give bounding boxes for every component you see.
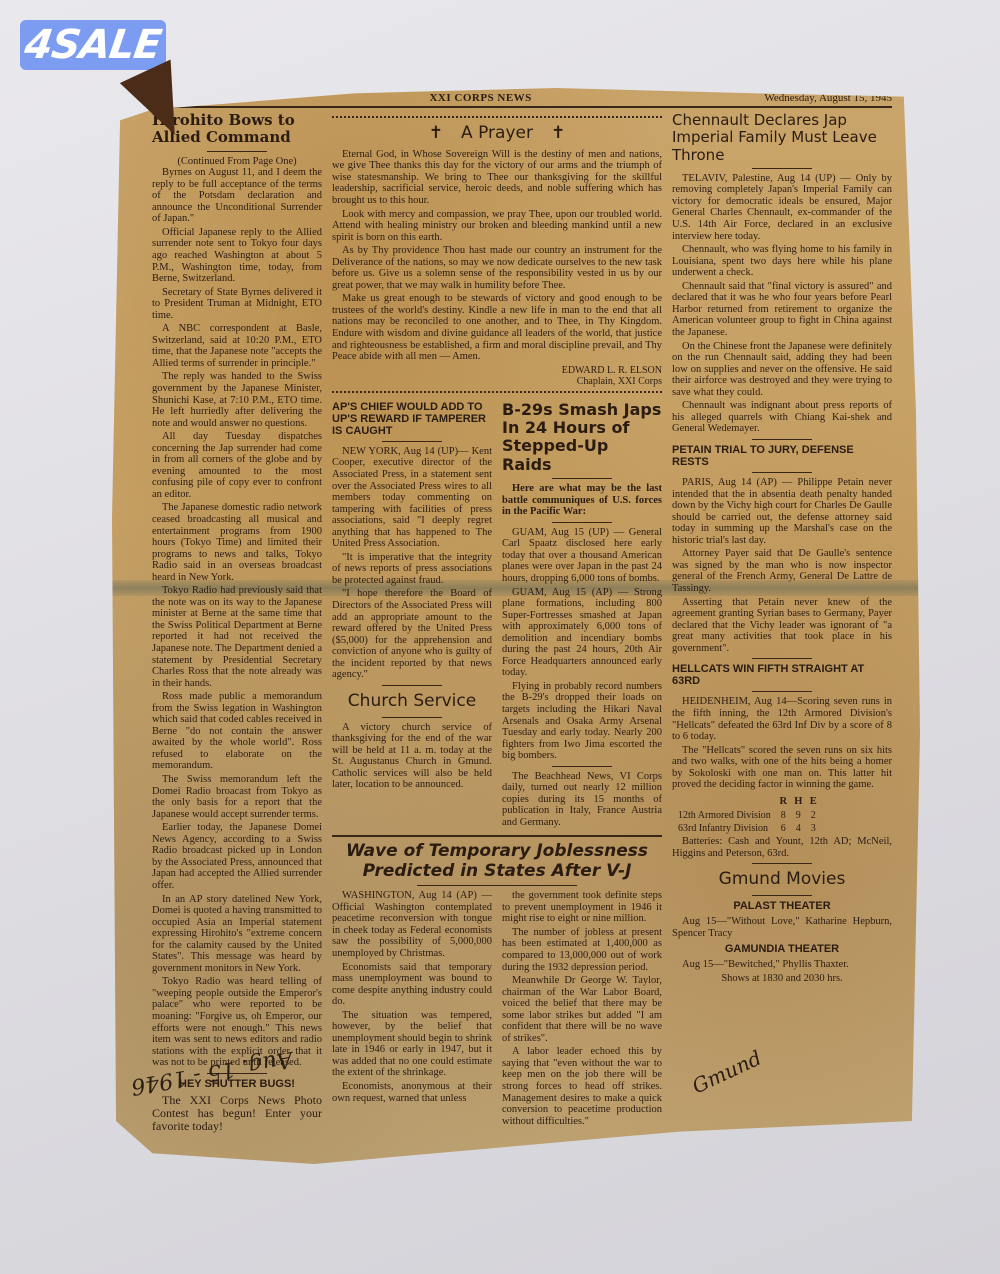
paragraph: Byrnes on August 11, and I deem the repl… [152, 167, 322, 225]
showtimes: Shows at 1830 and 2030 hrs. [672, 973, 892, 985]
column-hirohito: Hirohito Bows to Allied Command (Continu… [152, 112, 322, 1135]
paragraph: The Swiss memorandum left the Domei Radi… [152, 774, 322, 820]
divider [752, 439, 812, 440]
headline-movies: Gmund Movies [672, 870, 892, 889]
paragraph: Secretary of State Byrnes delivered it t… [152, 287, 322, 322]
paragraph: Meanwhile Dr George W. Taylor, chairman … [502, 975, 662, 1044]
batteries: Batteries: Cash and Yount, 12th AD; McNe… [672, 836, 892, 859]
paragraph: Asserting that Petain never knew of the … [672, 597, 892, 655]
headline-ap-chief: AP's CHIEF WOULD ADD TO UP's REWARD IF T… [332, 401, 492, 437]
article-body-chennault: TELAVIV, Palestine, Aug 14 (UP) — Only b… [672, 173, 892, 435]
divider [552, 766, 612, 767]
headline-church-service: Church Service [332, 692, 492, 711]
paragraph: Economists said that temporary mass unem… [332, 962, 492, 1008]
shutter-bugs-text: The XXI Corps News Photo Contest has beg… [152, 1094, 322, 1134]
paragraph: A NBC correspondent at Basle, Switzerlan… [152, 323, 322, 369]
paragraph: NEW YORK, Aug 14 (UP)— Kent Cooper, exec… [332, 446, 492, 550]
score-row: 12th Armored Division892 [674, 810, 820, 821]
paragraph: Make us great enough to be stewards of v… [332, 293, 662, 362]
divider [752, 863, 812, 864]
article-body-hirohito: Byrnes on August 11, and I deem the repl… [152, 167, 322, 1069]
church-service-text: A victory church service of thanksgiving… [332, 722, 492, 791]
paragraph: "I hope therefore the Board of Directors… [332, 588, 492, 680]
divider [752, 895, 812, 896]
score-header: R [777, 795, 790, 809]
watermark-badge: 4SALE [20, 20, 166, 70]
score-row: 63rd Infantry Division643 [674, 823, 820, 834]
paragraph: In an AP story datelined New York, Domei… [152, 894, 322, 975]
paragraph: TELAVIV, Palestine, Aug 14 (UP) — Only b… [672, 173, 892, 242]
cross-icon: ✝ [551, 124, 565, 143]
paragraph: Attorney Payer said that De Gaulle's sen… [672, 548, 892, 594]
headline-hellcats: HELLCATS WIN FIFTH STRAIGHT AT 63RD [672, 663, 892, 687]
divider [207, 151, 267, 152]
article-body-joblessness: WASHINGTON, Aug 14 (AP) — Official Washi… [332, 890, 662, 1129]
paragraph: As by Thy providence Thou hast made our … [332, 245, 662, 291]
divider [382, 441, 442, 442]
column-center: ✝A Prayer✝ Eternal God, in Whose Soverei… [332, 112, 662, 1135]
b29-intro: Here are what may be the last battle com… [502, 483, 662, 518]
paragraph: GUAM, Aug 15 (AP) — Strong plane formati… [502, 587, 662, 679]
article-body-petain: PARIS, Aug 14 (AP) — Philippe Petain nev… [672, 477, 892, 654]
masthead: Page Four XXI CORPS NEWS Wednesday, Augu… [152, 92, 892, 108]
theater-name: GAMUNDIA THEATER [672, 943, 892, 955]
divider [417, 885, 577, 886]
paragraph: Look with mercy and compassion, we pray … [332, 209, 662, 244]
headline-prayer: ✝A Prayer✝ [332, 124, 662, 143]
movie-listing: Aug 15—"Without Love," Katharine Hepburn… [672, 916, 892, 939]
beachhead-note: The Beachhead News, VI Corps daily, turn… [502, 771, 662, 829]
divider [382, 717, 442, 718]
paragraph: Chennault, who was flying home to his fa… [672, 244, 892, 279]
divider [552, 522, 612, 523]
article-ap-chief: AP's CHIEF WOULD ADD TO UP's REWARD IF T… [332, 397, 492, 831]
headline-joblessness: Wave of Temporary Joblessness Predicted … [332, 841, 662, 882]
paragraph: All day Tuesday dispatches concerning th… [152, 431, 322, 500]
paragraph: Official Japanese reply to the Allied su… [152, 227, 322, 285]
paragraph: Earlier today, the Japanese Domei News A… [152, 822, 322, 891]
paragraph: Tokyo Radio had previously said that the… [152, 585, 322, 689]
divider [752, 658, 812, 659]
issue-date: Wednesday, August 15, 1945 [764, 92, 892, 104]
paragraph: The number of jobless at present has bee… [502, 927, 662, 973]
paragraph: GUAM, Aug 15 (UP) — General Carl Spaatz … [502, 527, 662, 585]
divider [552, 478, 612, 479]
paragraph: PARIS, Aug 14 (AP) — Philippe Petain nev… [672, 477, 892, 546]
cross-icon: ✝ [429, 124, 443, 143]
paragraph: The situation was tempered, however, by … [332, 1010, 492, 1079]
score-header: E [807, 795, 820, 809]
paragraph: The Japanese domestic radio network ceas… [152, 502, 322, 583]
score-header: H [792, 795, 805, 809]
paragraph: The "Hellcats" scored the seven runs on … [672, 745, 892, 791]
newspaper-page: Page Four XXI CORPS NEWS Wednesday, Augu… [112, 88, 920, 1164]
paragraph: the government took definite steps to pr… [502, 890, 662, 925]
paragraph: A labor leader echoed this by saying tha… [502, 1046, 662, 1127]
paragraph: Economists, anonymous at their own reque… [332, 1081, 492, 1104]
dotted-divider [332, 391, 662, 393]
paper-title: XXI CORPS NEWS [429, 92, 531, 104]
continued-note: (Continued From Page One) [152, 156, 322, 168]
paragraph: "It is imperative that the integrity of … [332, 552, 492, 587]
headline-petain: PETAIN TRIAL TO JURY, DEFENSE RESTS [672, 444, 892, 468]
movie-listings: PALAST THEATERAug 15—"Without Love," Kat… [672, 900, 892, 971]
prayer-author-title: Chaplain, XXI Corps [332, 376, 662, 387]
paragraph: WASHINGTON, Aug 14 (AP) — Official Washi… [332, 890, 492, 959]
movie-listing: Aug 15—"Bewitched," Phyllis Thaxter. [672, 959, 892, 971]
prayer-author: EDWARD L. R. ELSON [332, 365, 662, 376]
paragraph: Ross made public a memorandum from the S… [152, 691, 322, 772]
paragraph: HEIDENHEIM, Aug 14—Scoring seven runs in… [672, 696, 892, 742]
divider [752, 168, 812, 169]
divider [752, 691, 812, 692]
paragraph: Eternal God, in Whose Sovereign Will is … [332, 149, 662, 207]
newspaper-content: Page Four XXI CORPS NEWS Wednesday, Augu… [152, 92, 892, 1112]
article-b29: B-29s Smash Japs In 24 Hours of Stepped-… [502, 397, 662, 831]
paragraph: On the Chinese front the Japanese were d… [672, 341, 892, 399]
column-right: Chennault Declares Jap Imperial Family M… [672, 112, 892, 1135]
article-body-b29: GUAM, Aug 15 (UP) — General Carl Spaatz … [502, 527, 662, 762]
paragraph: Flying in probably record numbers the B-… [502, 681, 662, 762]
paragraph: Chennault said that "final victory is as… [672, 281, 892, 339]
box-score: RHE 12th Armored Division89263rd Infantr… [672, 793, 822, 837]
divider [752, 472, 812, 473]
article-body-ap-chief: NEW YORK, Aug 14 (UP)— Kent Cooper, exec… [332, 446, 492, 681]
watermark-label: 4SALE [22, 22, 164, 68]
paragraph: Chennault was indignant about press repo… [672, 400, 892, 435]
paragraph: The reply was handed to the Swiss govern… [152, 371, 322, 429]
divider [382, 685, 442, 686]
prayer-body: Eternal God, in Whose Sovereign Will is … [332, 149, 662, 363]
headline-b29: B-29s Smash Japs In 24 Hours of Stepped-… [502, 401, 662, 475]
article-body-hellcats: HEIDENHEIM, Aug 14—Scoring seven runs in… [672, 696, 892, 790]
theater-name: PALAST THEATER [672, 900, 892, 912]
headline-chennault: Chennault Declares Jap Imperial Family M… [672, 112, 892, 164]
dotted-divider [332, 116, 662, 118]
